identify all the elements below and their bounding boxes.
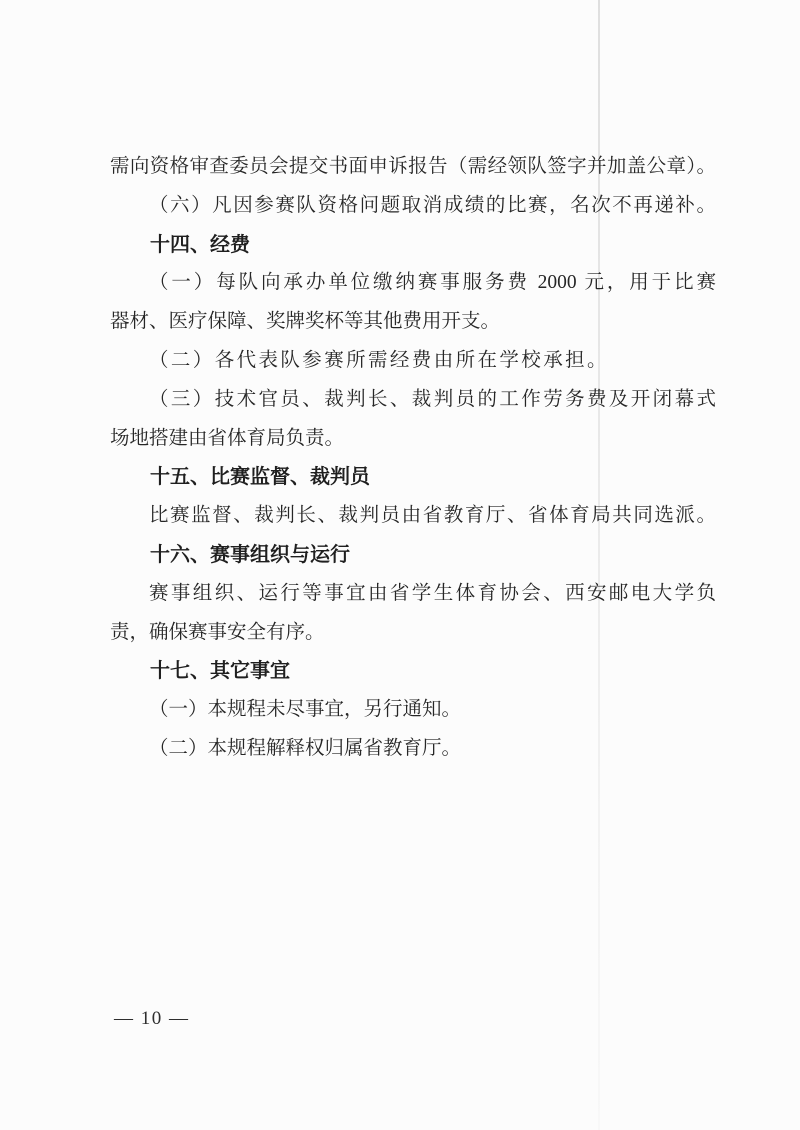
- document-line: 责，确保赛事安全有序。: [110, 614, 716, 653]
- document-line: 场地搭建由省体育局负责。: [110, 420, 716, 459]
- document-line: 器材、医疗保障、奖牌奖杯等其他费用开支。: [110, 303, 716, 342]
- document-line: 十七、其它事宜: [110, 652, 716, 691]
- document-page: 需向资格审查委员会提交书面申诉报告（需经领队签字并加盖公章）。（六）凡因参赛队资…: [0, 0, 800, 1130]
- document-line: （一）本规程未尽事宜，另行通知。: [110, 691, 716, 730]
- document-line: （二）各代表队参赛所需经费由所在学校承担。: [110, 342, 716, 381]
- document-line: 十六、赛事组织与运行: [110, 536, 716, 575]
- document-line: （三）技术官员、裁判长、裁判员的工作劳务费及开闭幕式: [110, 381, 716, 420]
- document-line: 需向资格审查委员会提交书面申诉报告（需经领队签字并加盖公章）。: [110, 148, 716, 187]
- document-line: （一）每队向承办单位缴纳赛事服务费 2000 元，用于比赛: [110, 264, 716, 303]
- document-line: （六）凡因参赛队资格问题取消成绩的比赛，名次不再递补。: [110, 187, 716, 226]
- document-line: 赛事组织、运行等事宜由省学生体育协会、西安邮电大学负: [110, 575, 716, 614]
- document-body: 需向资格审查委员会提交书面申诉报告（需经领队签字并加盖公章）。（六）凡因参赛队资…: [110, 148, 716, 769]
- document-line: （二）本规程解释权归属省教育厅。: [110, 730, 716, 769]
- page-number: — 10 —: [114, 1008, 190, 1030]
- document-line: 比赛监督、裁判长、裁判员由省教育厅、省体育局共同选派。: [110, 497, 716, 536]
- document-line: 十五、比赛监督、裁判员: [110, 458, 716, 497]
- document-line: 十四、经费: [110, 226, 716, 265]
